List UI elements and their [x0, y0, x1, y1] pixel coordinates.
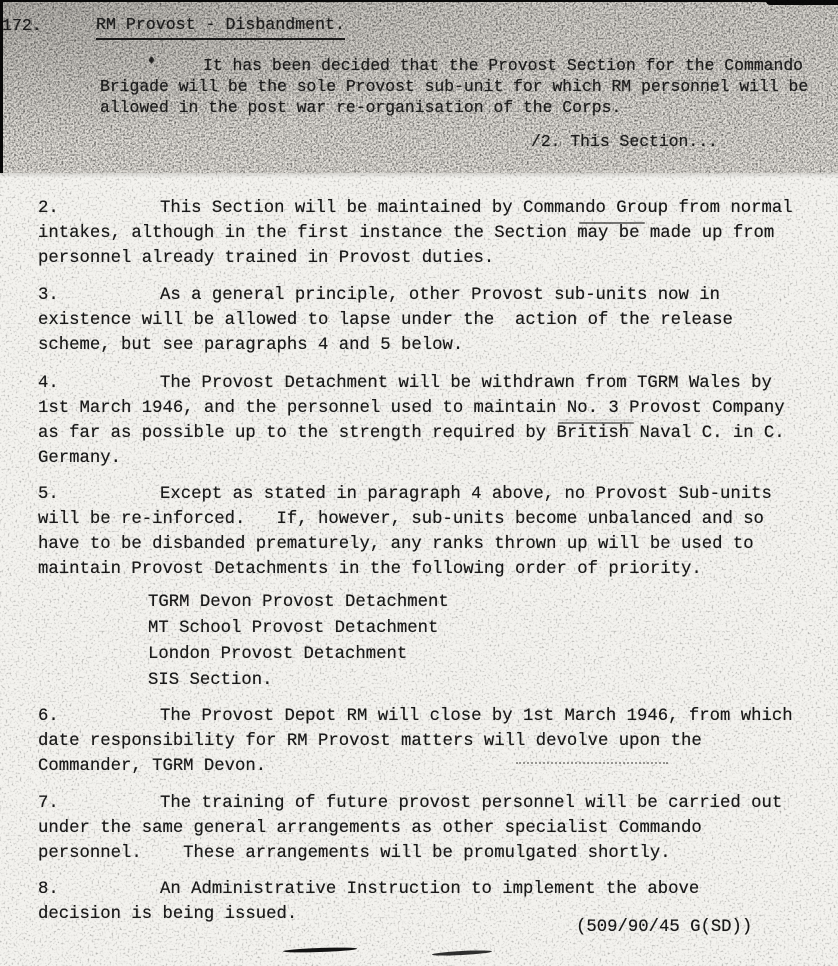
text-line: intakes, although in the first instance …: [38, 221, 820, 246]
text-line: Except as stated in paragraph 4 above, n…: [38, 482, 820, 507]
paragraph-2: 2. This Section will be maintained by Co…: [38, 196, 820, 271]
scan-edge-left: [0, 0, 3, 173]
priority-list: TGRM Devon Provost DetachmentMT School P…: [148, 590, 449, 694]
document-title-text: RM Provost - Disbandment.: [96, 14, 345, 40]
continuation-note: /2. This Section...: [531, 131, 718, 152]
text-line: Germany.: [38, 446, 820, 471]
text-line: The training of future provost personnel…: [38, 791, 820, 816]
top-scan-fragment: 172. RM Provost - Disbandment. It has be…: [0, 0, 838, 173]
text-line: TGRM Devon Provost Detachment: [148, 590, 449, 616]
paragraph-number: 7.: [38, 791, 59, 816]
scanned-document-page: 172. RM Provost - Disbandment. It has be…: [0, 0, 838, 966]
text-line: SIS Section.: [148, 668, 449, 694]
paragraph-number: 2.: [38, 196, 59, 221]
ink-smudge: [432, 949, 492, 956]
paragraph-lines: The training of future provost personnel…: [38, 791, 820, 866]
text-line: allowed in the post war re-organisation …: [100, 97, 808, 118]
text-line: date responsibility for RM Provost matte…: [38, 729, 820, 754]
text-line: will be re-inforced. If, however, sub-un…: [38, 507, 820, 532]
text-line: This Section will be maintained by Comma…: [38, 196, 820, 221]
text-line: The Provost Depot RM will close by 1st M…: [38, 704, 820, 729]
paragraph-lines: The Provost Detachment will be withdrawn…: [38, 371, 820, 471]
text-line: as far as possible up to the strength re…: [38, 421, 820, 446]
ink-smudge: [283, 947, 357, 954]
intro-paragraph: It has been decided that the Provost Sec…: [100, 55, 808, 118]
text-line: 1st March 1946, and the personnel used t…: [38, 396, 820, 421]
intro-paragraph-lines: It has been decided that the Provost Sec…: [100, 55, 808, 118]
text-line: It has been decided that the Provost Sec…: [100, 55, 808, 76]
paragraph-4: 4. The Provost Detachment will be withdr…: [38, 371, 820, 471]
text-line: The Provost Detachment will be withdrawn…: [38, 371, 820, 396]
text-line: London Provost Detachment: [148, 642, 449, 668]
paragraph-5: 5. Except as stated in paragraph 4 above…: [38, 482, 820, 582]
text-line: have to be disbanded prematurely, any ra…: [38, 532, 820, 557]
paragraph-lines: As a general principle, other Provost su…: [38, 283, 820, 358]
text-line: existence will be allowed to lapse under…: [38, 308, 820, 333]
paragraph-lines: The Provost Depot RM will close by 1st M…: [38, 704, 820, 779]
text-line: MT School Provost Detachment: [148, 616, 449, 642]
text-line: personnel. These arrangements will be pr…: [38, 841, 820, 866]
text-line: Commander, TGRM Devon.: [38, 754, 820, 779]
paragraph-number: 3.: [38, 283, 59, 308]
page-number: 172.: [2, 15, 42, 37]
paragraph-lines: Except as stated in paragraph 4 above, n…: [38, 482, 820, 582]
paragraph-3: 3. As a general principle, other Provost…: [38, 283, 820, 358]
paragraph-7: 7. The training of future provost person…: [38, 791, 820, 866]
paragraph-number: 5.: [38, 482, 59, 507]
scan-edge-top: [0, 0, 838, 2]
text-line: maintain Provost Detachments in the foll…: [38, 557, 820, 582]
paragraph-lines: This Section will be maintained by Comma…: [38, 196, 820, 271]
paragraph-6: 6. The Provost Depot RM will close by 1s…: [38, 704, 820, 779]
paragraph-number: 8.: [38, 877, 59, 902]
text-line: scheme, but see paragraphs 4 and 5 below…: [38, 333, 820, 358]
reference-number: (509/90/45 G(SD)): [576, 915, 752, 940]
text-line: An Administrative Instruction to impleme…: [38, 877, 820, 902]
paragraph-number: 6.: [38, 704, 59, 729]
scan-edge-top-right: [766, 0, 838, 5]
text-line: under the same general arrangements as o…: [38, 816, 820, 841]
text-line: personnel already trained in Provost dut…: [38, 246, 820, 271]
text-line: Brigade will be the sole Provost sub-uni…: [100, 76, 808, 97]
text-line: As a general principle, other Provost su…: [38, 283, 820, 308]
paragraph-number: 4.: [38, 371, 59, 396]
document-title: RM Provost - Disbandment.: [96, 14, 345, 40]
